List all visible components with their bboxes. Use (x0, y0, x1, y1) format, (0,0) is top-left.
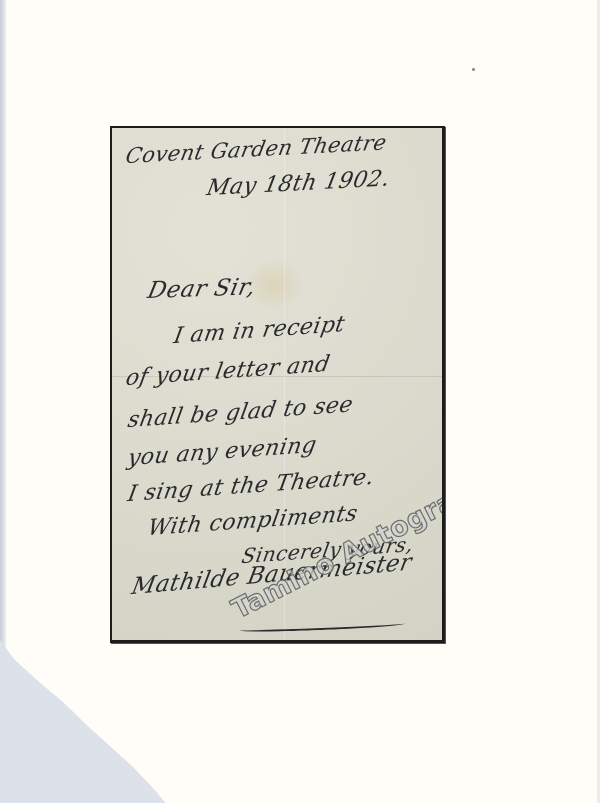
torn-page-corner (0, 640, 180, 803)
letter-body-line: you any evening (126, 433, 319, 472)
letter-body-line: of your letter and (124, 352, 332, 392)
letter-salutation: Dear Sir, (145, 274, 258, 304)
signature-flourish (240, 621, 405, 633)
letter-heading-date: May 18th 1902. (205, 166, 393, 201)
letter-heading-location: Covent Garden Theatre (124, 130, 389, 168)
letter-closing-line: With compliments (146, 501, 360, 541)
letter-body-line: I am in receipt (172, 312, 347, 349)
letter-body-line: I sing at the Theatre. (126, 465, 376, 508)
letter-body-line: shall be glad to see (126, 392, 355, 433)
paper-speck (472, 68, 475, 71)
page-left-edge (0, 0, 6, 660)
letter-frame: Covent Garden Theatre May 18th 1902. Dea… (110, 126, 445, 643)
